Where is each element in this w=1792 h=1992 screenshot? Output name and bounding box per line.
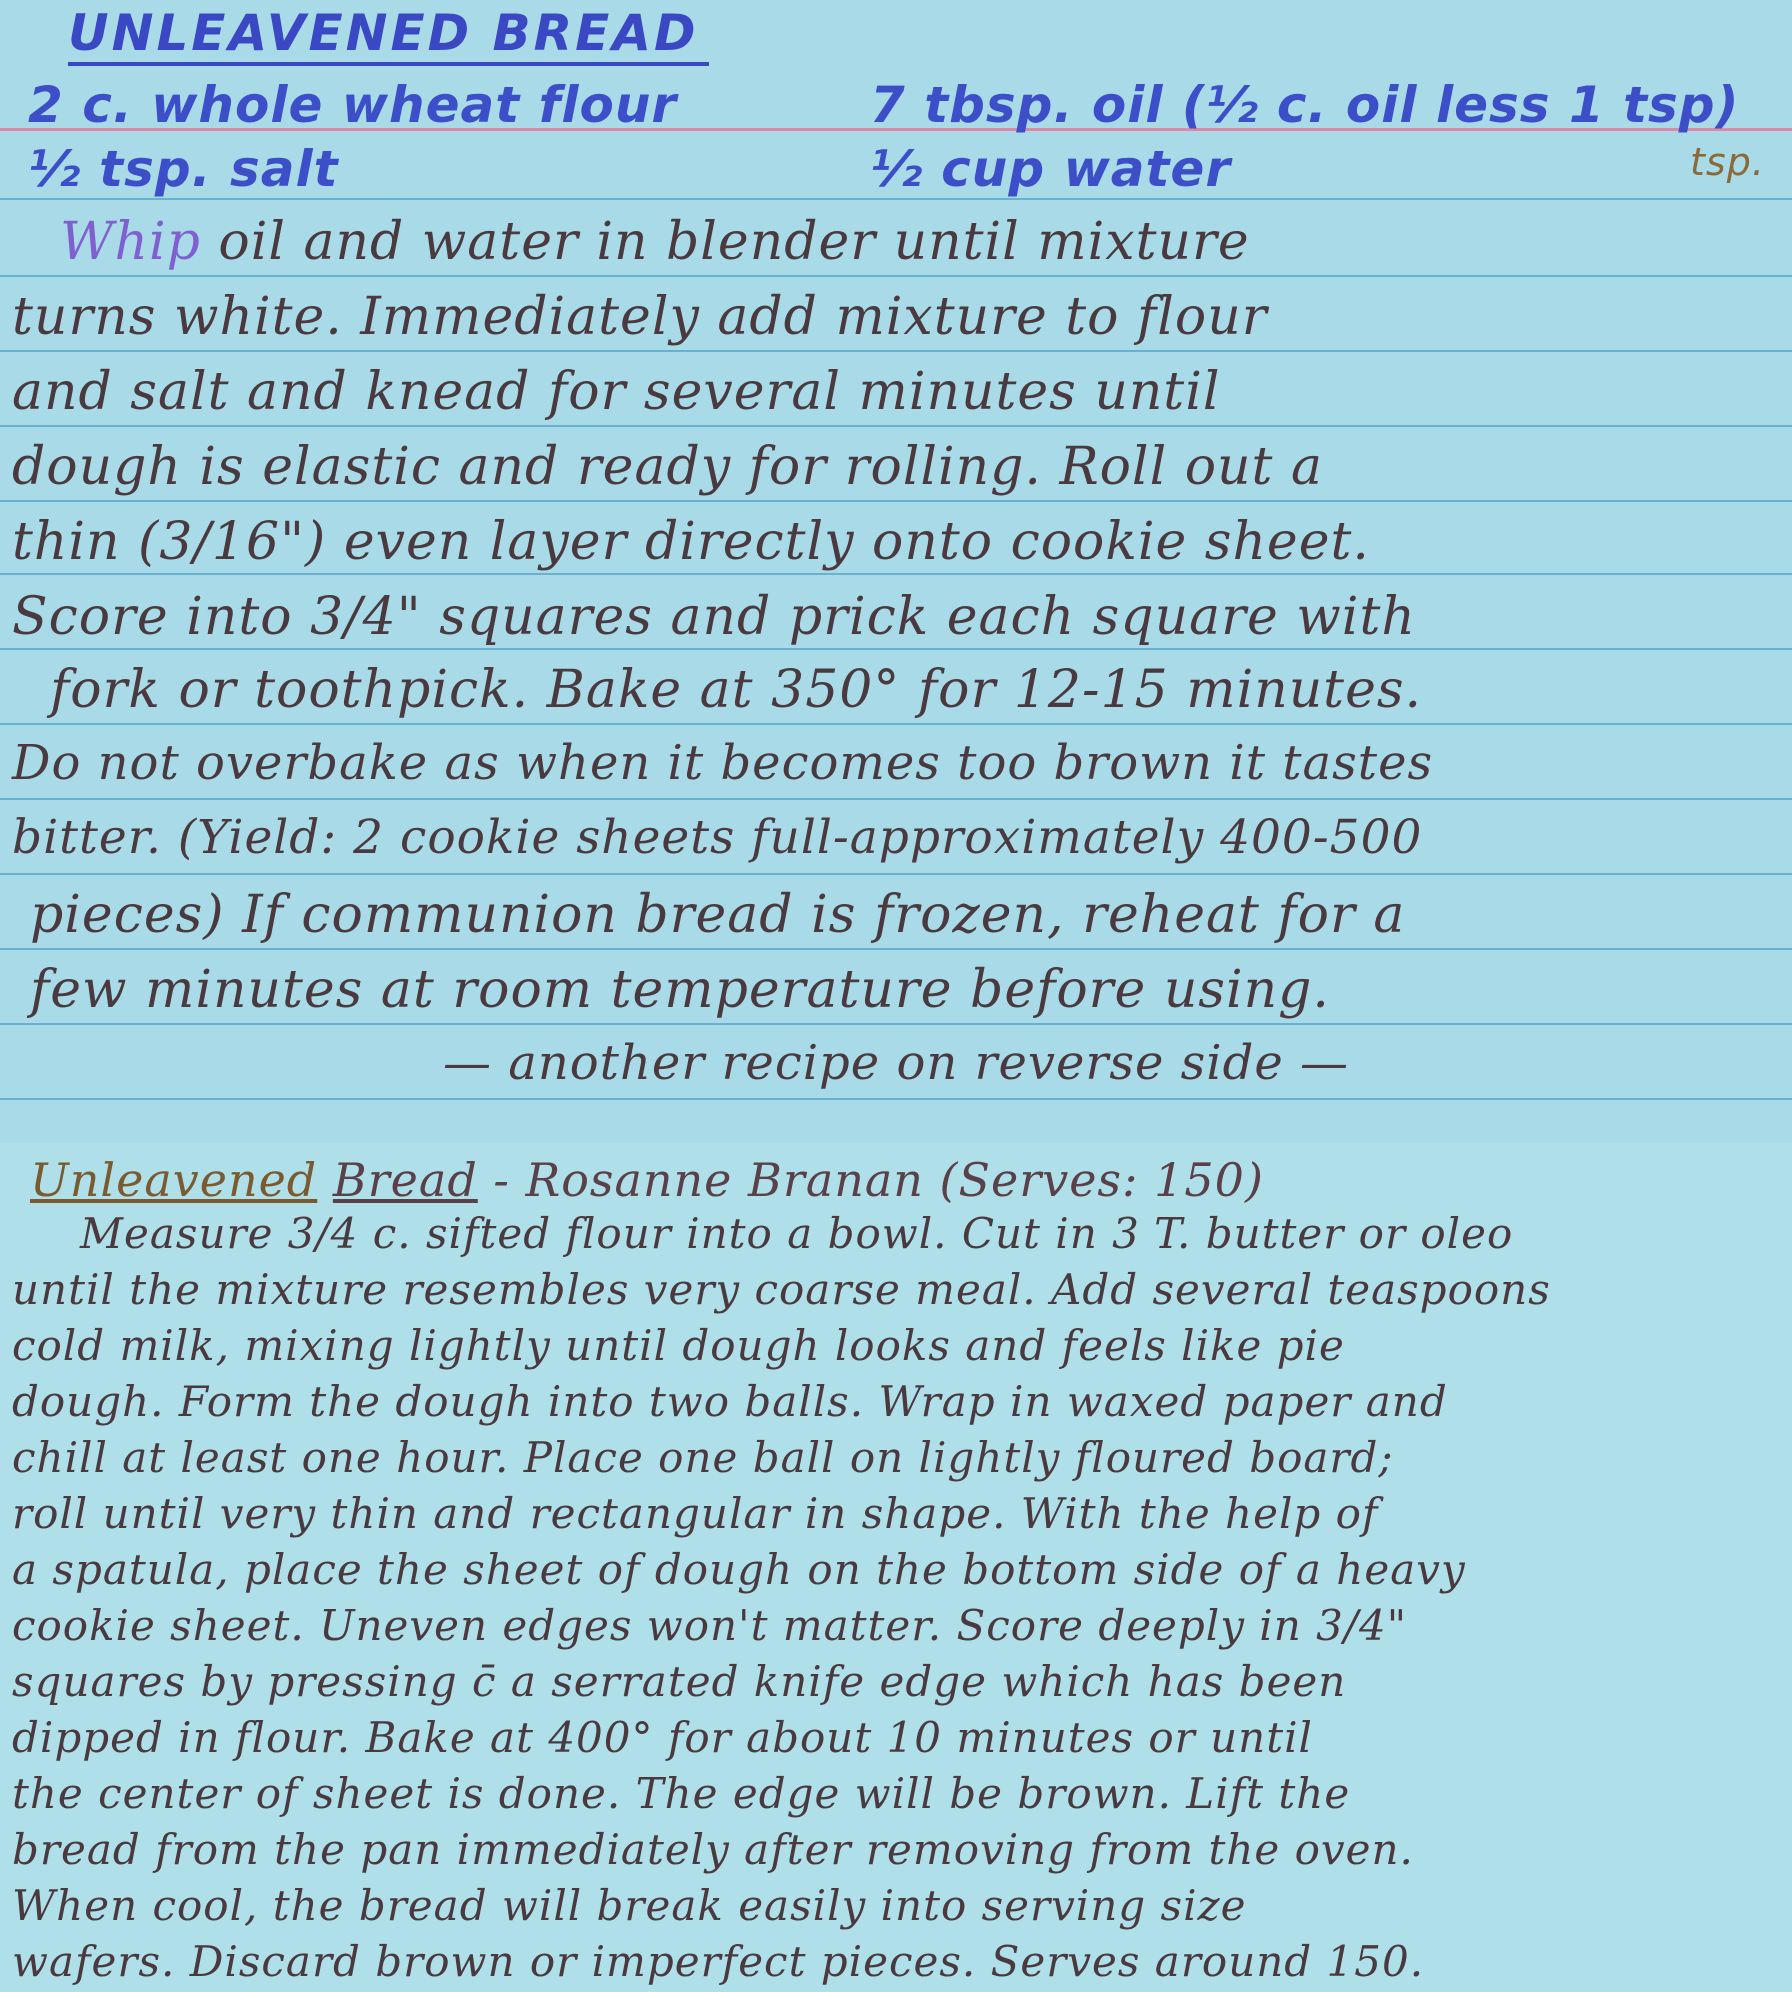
ruled-line (0, 198, 1792, 200)
back-line: bread from the pan immediately after rem… (12, 1825, 1414, 1874)
reverse-side-note: — another recipe on reverse side — (0, 1035, 1792, 1091)
back-line: dough. Form the dough into two balls. Wr… (12, 1377, 1448, 1426)
ruled-line (0, 1023, 1792, 1025)
back-line: squares by pressing c̄ a serrated knife … (12, 1657, 1346, 1706)
instruction-line: few minutes at room temperature before u… (30, 960, 1330, 1020)
ruled-line (0, 1098, 1792, 1100)
ruled-line (0, 798, 1792, 800)
title-author-serves: - Rosanne Branan (Serves: 150) (478, 1153, 1264, 1207)
ruled-line (0, 873, 1792, 875)
back-line: a spatula, place the sheet of dough on t… (12, 1545, 1466, 1594)
ruled-line (0, 500, 1792, 502)
ruled-line (0, 723, 1792, 725)
back-line: wafers. Discard brown or imperfect piece… (12, 1937, 1424, 1986)
ingredient-water: ½ cup water (870, 140, 1231, 198)
instruction-lead-word: Whip (60, 212, 201, 272)
ruled-line (0, 350, 1792, 352)
back-line: dipped in flour. Bake at 400° for about … (12, 1713, 1313, 1762)
back-line: chill at least one hour. Place one ball … (12, 1433, 1394, 1482)
title-word-unleavened: Unleavened (30, 1153, 317, 1207)
back-line: the center of sheet is done. The edge wi… (12, 1769, 1350, 1818)
margin-note: tsp. (1690, 140, 1765, 184)
ruled-line (0, 573, 1792, 575)
instruction-line: fork or toothpick. Bake at 350° for 12-1… (50, 660, 1422, 720)
instruction-line: dough is elastic and ready for rolling. … (12, 437, 1323, 497)
ruled-line (0, 275, 1792, 277)
ingredient-flour: 2 c. whole wheat flour (28, 76, 677, 134)
back-line: When cool, the bread will break easily i… (12, 1881, 1246, 1930)
ruled-line (0, 425, 1792, 427)
instruction-line: turns white. Immediately add mixture to … (12, 287, 1268, 347)
recipe-title: UNLEAVENED BREAD (68, 4, 709, 66)
back-recipe-title: Unleavened Bread - Rosanne Branan (Serve… (30, 1153, 1264, 1207)
back-line: roll until very thin and rectangular in … (12, 1489, 1378, 1538)
instruction-line: bitter. (Yield: 2 cookie sheets full-app… (12, 810, 1422, 865)
ingredient-oil: 7 tbsp. oil (½ c. oil less 1 tsp) (870, 76, 1739, 134)
back-line: cold milk, mixing lightly until dough lo… (12, 1321, 1345, 1370)
back-line: until the mixture resembles very coarse … (12, 1265, 1551, 1314)
recipe-card-back: Unleavened Bread - Rosanne Branan (Serve… (0, 1143, 1792, 1992)
back-line: cookie sheet. Uneven edges won't matter.… (12, 1601, 1407, 1650)
ruled-line (0, 948, 1792, 950)
instruction-line: Score into 3/4" squares and prick each s… (12, 587, 1416, 647)
instruction-line: pieces) If communion bread is frozen, re… (30, 885, 1405, 945)
ruled-line (0, 648, 1792, 650)
instruction-line: Do not overbake as when it becomes too b… (12, 735, 1433, 791)
instruction-line: thin (3/16") even layer directly onto co… (12, 512, 1370, 572)
instruction-line: Whip oil and water in blender until mixt… (60, 212, 1250, 272)
back-line: Measure 3/4 c. sifted flour into a bowl.… (80, 1209, 1513, 1258)
instruction-line: and salt and knead for several minutes u… (12, 362, 1220, 422)
ingredient-salt: ½ tsp. salt (28, 140, 339, 198)
recipe-card-front: UNLEAVENED BREAD 2 c. whole wheat flour … (0, 0, 1792, 1143)
title-word-bread: Bread (333, 1153, 478, 1207)
